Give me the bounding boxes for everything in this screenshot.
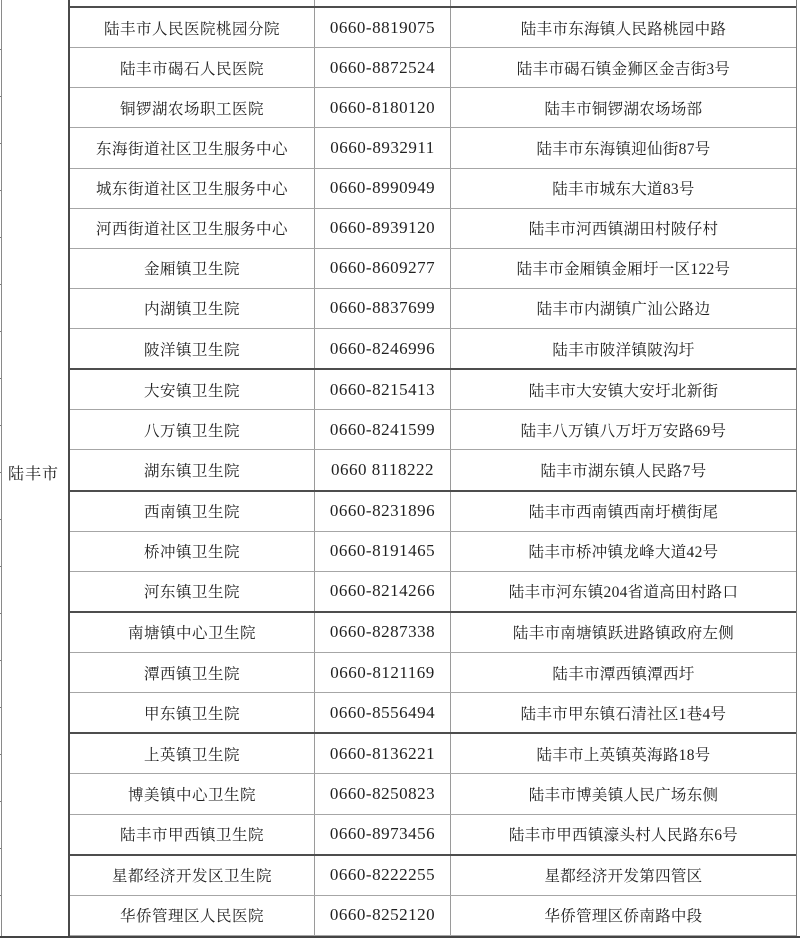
phone-cell: 0660-8252120 [315,896,451,935]
phone-cell: 0660-8287338 [315,613,451,652]
city-column: 陆丰市 [3,0,68,938]
phone-cell: 0660-8939120 [315,209,451,248]
address-cell [451,0,796,6]
phone-cell: 0660-8556494 [315,693,451,732]
document-table-page: 陆丰市 陆丰市人民医院桃园分院 0660-8819075 陆丰市东海镇人民路桃园… [0,0,800,940]
hospital-name-cell: 大安镇卫生院 [70,370,315,409]
phone-cell: 0660-8136221 [315,734,451,773]
left-edge-column [0,0,2,938]
table-row: 陆丰市人民医院桃园分院 0660-8819075 陆丰市东海镇人民路桃园中路 [70,8,796,48]
hospital-name-cell: 陆丰市人民医院桃园分院 [70,8,315,47]
table-bottom-border [0,936,800,938]
table-row: 华侨管理区人民医院 0660-8252120 华侨管理区侨南路中段 [70,896,796,936]
address-cell: 陆丰市河西镇湖田村陂仔村 [451,209,796,248]
hospital-name-cell: 河西街道社区卫生服务中心 [70,209,315,248]
hospital-name-cell: 星都经济开发区卫生院 [70,856,315,895]
address-cell: 陆丰市南塘镇跃进路镇政府左侧 [451,613,796,652]
address-cell: 陆丰市潭西镇潭西圩 [451,653,796,692]
hospital-name-cell: 南塘镇中心卫生院 [70,613,315,652]
address-cell: 陆丰八万镇八万圩万安路69号 [451,410,796,449]
hospital-name-cell: 桥冲镇卫生院 [70,532,315,571]
address-cell: 陆丰市内湖镇广汕公路边 [451,289,796,328]
address-cell: 华侨管理区侨南路中段 [451,896,796,935]
address-cell: 陆丰市桥冲镇龙峰大道42号 [451,532,796,571]
hospital-name-cell: 潭西镇卫生院 [70,653,315,692]
address-cell: 陆丰市铜锣湖农场场部 [451,88,796,127]
address-cell: 陆丰市大安镇大安圩北新街 [451,370,796,409]
address-cell: 星都经济开发第四管区 [451,856,796,895]
table-row: 城东街道社区卫生服务中心 0660-8990949 陆丰市城东大道83号 [70,169,796,209]
address-cell: 陆丰市甲东镇石清社区1巷4号 [451,693,796,732]
address-cell: 陆丰市湖东镇人民路7号 [451,450,796,489]
address-cell: 陆丰市金厢镇金厢圩一区122号 [451,249,796,288]
hospital-name-cell: 金厢镇卫生院 [70,249,315,288]
table-row: 铜锣湖农场职工医院 0660-8180120 陆丰市铜锣湖农场场部 [70,88,796,128]
table-row: 桥冲镇卫生院 0660-8191465 陆丰市桥冲镇龙峰大道42号 [70,532,796,572]
hospital-name-cell: 东海街道社区卫生服务中心 [70,128,315,167]
hospital-name-cell: 八万镇卫生院 [70,410,315,449]
address-cell: 陆丰市东海镇迎仙街87号 [451,128,796,167]
table-row: 八万镇卫生院 0660-8241599 陆丰八万镇八万圩万安路69号 [70,410,796,450]
hospital-name-cell: 陂洋镇卫生院 [70,329,315,368]
phone-cell: 0660-8241599 [315,410,451,449]
hospital-name-cell: 陆丰市碣石人民医院 [70,48,315,87]
table-row: 湖东镇卫生院 0660 8118222 陆丰市湖东镇人民路7号 [70,450,796,491]
table-row: 西南镇卫生院 0660-8231896 陆丰市西南镇西南圩横街尾 [70,492,796,532]
address-cell: 陆丰市西南镇西南圩横街尾 [451,492,796,531]
city-label: 陆丰市 [3,461,64,484]
hospital-table: 陆丰市人民医院桃园分院 0660-8819075 陆丰市东海镇人民路桃园中路 陆… [68,0,797,936]
phone-cell: 0660-8932911 [315,128,451,167]
table-row: 博美镇中心卫生院 0660-8250823 陆丰市博美镇人民广场东侧 [70,774,796,814]
hospital-name-cell: 博美镇中心卫生院 [70,774,315,813]
address-cell: 陆丰市甲西镇濠头村人民路东6号 [451,815,796,854]
hospital-name-cell: 华侨管理区人民医院 [70,896,315,935]
address-cell: 陆丰市东海镇人民路桃园中路 [451,8,796,47]
hospital-name-cell: 内湖镇卫生院 [70,289,315,328]
phone-cell: 0660-8990949 [315,169,451,208]
partial-top-row [70,0,796,8]
phone-cell: 0660-8819075 [315,8,451,47]
phone-cell: 0660-8872524 [315,48,451,87]
phone-cell: 0660-8180120 [315,88,451,127]
table-row: 甲东镇卫生院 0660-8556494 陆丰市甲东镇石清社区1巷4号 [70,693,796,734]
hospital-name-cell: 陆丰市甲西镇卫生院 [70,815,315,854]
hospital-name-cell: 河东镇卫生院 [70,572,315,611]
table-row: 东海街道社区卫生服务中心 0660-8932911 陆丰市东海镇迎仙街87号 [70,128,796,168]
phone-cell: 0660-8973456 [315,815,451,854]
table-row: 陆丰市甲西镇卫生院 0660-8973456 陆丰市甲西镇濠头村人民路东6号 [70,815,796,856]
table-row: 南塘镇中心卫生院 0660-8287338 陆丰市南塘镇跃进路镇政府左侧 [70,613,796,653]
table-row: 河东镇卫生院 0660-8214266 陆丰市河东镇204省道高田村路口 [70,572,796,613]
hospital-name-cell: 西南镇卫生院 [70,492,315,531]
phone-cell: 0660 8118222 [315,450,451,489]
hospital-name-cell [70,0,315,6]
phone-cell: 0660-8609277 [315,249,451,288]
table-row: 陂洋镇卫生院 0660-8246996 陆丰市陂洋镇陂沟圩 [70,329,796,370]
table-row: 陆丰市碣石人民医院 0660-8872524 陆丰市碣石镇金狮区金吉街3号 [70,48,796,88]
phone-cell: 0660-8191465 [315,532,451,571]
table-row: 上英镇卫生院 0660-8136221 陆丰市上英镇英海路18号 [70,734,796,774]
hospital-name-cell: 湖东镇卫生院 [70,450,315,489]
phone-cell: 0660-8246996 [315,329,451,368]
phone-cell: 0660-8231896 [315,492,451,531]
table-row: 潭西镇卫生院 0660-8121169 陆丰市潭西镇潭西圩 [70,653,796,693]
address-cell: 陆丰市碣石镇金狮区金吉街3号 [451,48,796,87]
hospital-name-cell: 上英镇卫生院 [70,734,315,773]
phone-cell: 0660-8121169 [315,653,451,692]
phone-cell [315,0,451,6]
address-cell: 陆丰市城东大道83号 [451,169,796,208]
phone-cell: 0660-8214266 [315,572,451,611]
hospital-name-cell: 城东街道社区卫生服务中心 [70,169,315,208]
phone-cell: 0660-8222255 [315,856,451,895]
hospital-name-cell: 甲东镇卫生院 [70,693,315,732]
address-cell: 陆丰市博美镇人民广场东侧 [451,774,796,813]
phone-cell: 0660-8250823 [315,774,451,813]
table-row: 星都经济开发区卫生院 0660-8222255 星都经济开发第四管区 [70,856,796,896]
phone-cell: 0660-8215413 [315,370,451,409]
address-cell: 陆丰市上英镇英海路18号 [451,734,796,773]
table-row: 金厢镇卫生院 0660-8609277 陆丰市金厢镇金厢圩一区122号 [70,249,796,289]
table-row: 大安镇卫生院 0660-8215413 陆丰市大安镇大安圩北新街 [70,370,796,410]
hospital-name-cell: 铜锣湖农场职工医院 [70,88,315,127]
table-row: 河西街道社区卫生服务中心 0660-8939120 陆丰市河西镇湖田村陂仔村 [70,209,796,249]
table-row: 内湖镇卫生院 0660-8837699 陆丰市内湖镇广汕公路边 [70,289,796,329]
address-cell: 陆丰市陂洋镇陂沟圩 [451,329,796,368]
phone-cell: 0660-8837699 [315,289,451,328]
address-cell: 陆丰市河东镇204省道高田村路口 [451,572,796,611]
